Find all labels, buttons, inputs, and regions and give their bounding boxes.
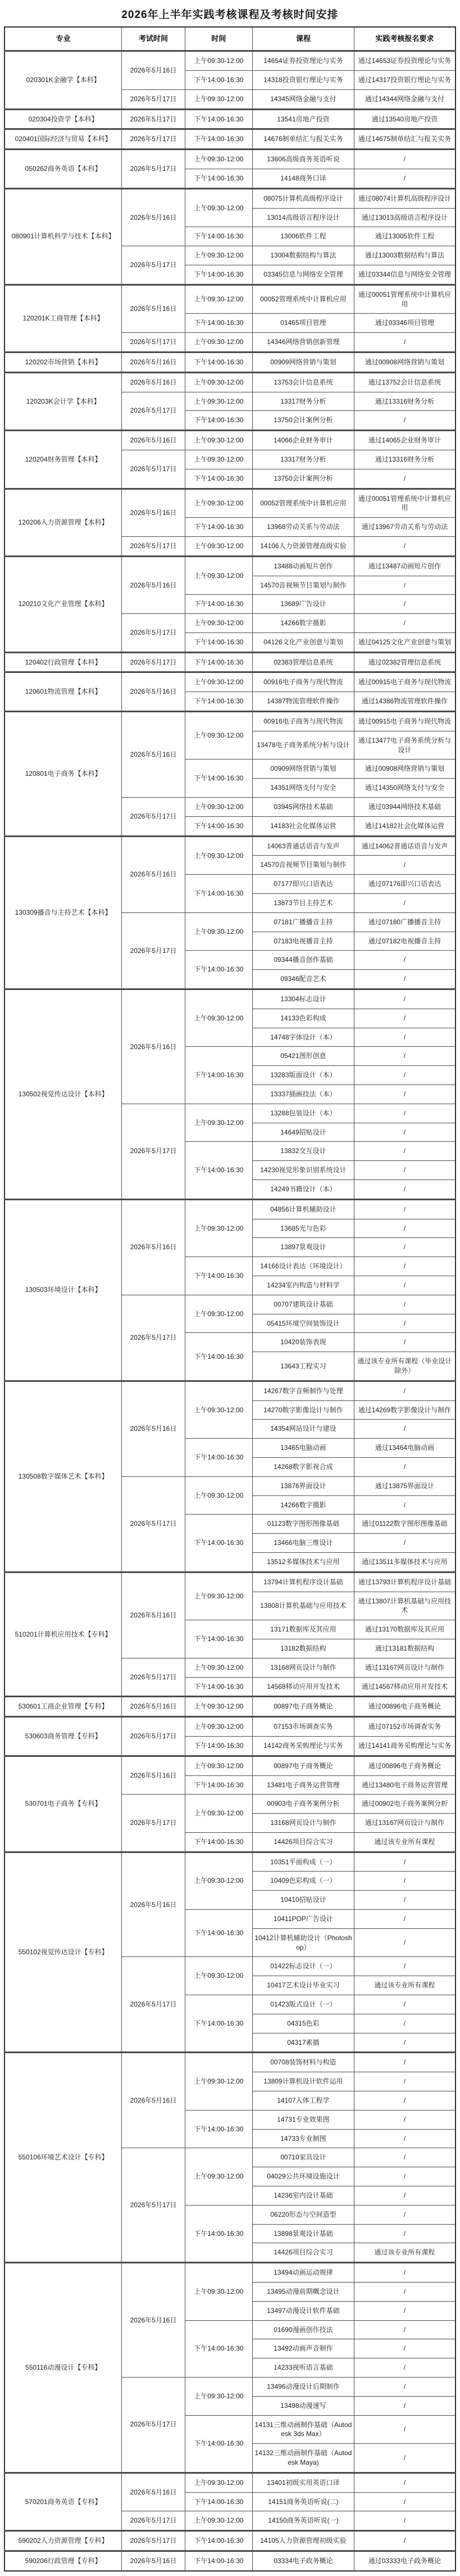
requirement-cell: 通过07180广播播音主持 xyxy=(354,912,456,932)
requirement-cell: / xyxy=(354,1891,456,1910)
exam-date-cell: 2026年5月17日 xyxy=(122,1957,185,2053)
requirement-cell: 通过13181数据结构 xyxy=(354,1639,456,1658)
time-cell: 下午14:00-16:30 xyxy=(185,1439,252,1477)
course-cell: 13809计算机设计软件运用 xyxy=(253,2072,354,2091)
requirement-cell: / xyxy=(354,2053,456,2072)
requirement-cell: 通过08074计算机高级程序设计 xyxy=(354,188,456,208)
course-cell: 13873节目主持艺术 xyxy=(253,894,354,913)
requirement-cell: 通过14182社会化媒体运营 xyxy=(354,816,456,836)
schedule-table: 专业 考试时间 时间 课程 实践考核报名要求 020301K金融学【本科】202… xyxy=(4,26,456,2572)
course-cell: 10351平面构成（一） xyxy=(253,1852,354,1872)
course-cell: 13465电脑动画 xyxy=(253,1439,354,1458)
requirement-cell: / xyxy=(354,2415,456,2444)
table-row: 130503环境设计【本科】2026年5月16日上午09:30-12:00048… xyxy=(4,1199,456,1219)
course-cell: 13898景观设计基础 xyxy=(253,2224,354,2243)
requirement-cell: 通过00896电子商务概论 xyxy=(354,1697,456,1717)
requirement-cell: / xyxy=(354,2396,456,2415)
course-cell: 10411POP广告设计 xyxy=(253,1910,354,1929)
time-cell: 下午14:00-16:30 xyxy=(185,109,252,129)
course-cell: 07177即兴口语表达 xyxy=(253,875,354,894)
requirement-cell: / xyxy=(354,469,456,489)
requirement-cell: / xyxy=(354,1957,456,1976)
requirement-cell: 通过13464电脑动画 xyxy=(354,1439,456,1458)
exam-date-cell: 2026年5月16日 xyxy=(122,372,185,392)
course-cell: 14345网络金融与支付 xyxy=(253,89,354,109)
time-cell: 下午14:00-16:30 xyxy=(185,70,252,89)
requirement-cell: / xyxy=(354,1381,456,1400)
time-cell: 上午09:30-12:00 xyxy=(185,150,252,169)
requirement-cell: 通过13316财务分析 xyxy=(354,450,456,469)
requirement-cell: / xyxy=(354,576,456,595)
exam-date-cell: 2026年5月17日 xyxy=(122,89,185,109)
time-cell: 下午14:00-16:30 xyxy=(185,2205,252,2262)
requirement-cell: 通过13003数据结构与算法 xyxy=(354,246,456,265)
table-row: 120202市场营销【本科】2026年5月16日下午14:00-16:30009… xyxy=(4,352,456,372)
requirement-cell: 通过13167网页设计与制作 xyxy=(354,1658,456,1677)
course-cell: 13488动画短片创作 xyxy=(253,556,354,576)
course-cell: 04856计算机辅助设计 xyxy=(253,1199,354,1219)
table-row: 590202人力资源管理【专科】2026年5月17日下午14:00-16:301… xyxy=(4,2531,456,2551)
requirement-cell: 通过13316财务分析 xyxy=(354,392,456,411)
major-cell: 080901计算机科学与技术【本科】 xyxy=(4,188,122,284)
major-cell: 130309播音与主持艺术【本科】 xyxy=(4,836,122,989)
time-cell: 下午14:00-16:30 xyxy=(185,1515,252,1572)
requirement-cell: / xyxy=(354,1066,456,1085)
time-cell: 下午14:00-16:30 xyxy=(185,227,252,246)
requirement-cell: / xyxy=(354,2167,456,2186)
requirement-cell: 通过13807计算机基础与应用技术 xyxy=(354,1592,456,1620)
course-cell: 14346网络营销创新管理 xyxy=(253,333,354,352)
course-cell: 03345信息与网络安全管理 xyxy=(253,265,354,284)
course-cell: 10409色彩构成（一） xyxy=(253,1872,354,1891)
requirement-cell: 通过该专业所有课程 xyxy=(354,1976,456,1995)
requirement-cell: / xyxy=(354,989,456,1009)
major-cell: 510201计算机应用技术【专科】 xyxy=(4,1572,122,1697)
course-cell: 14266数字摄影 xyxy=(253,614,354,633)
requirement-cell: / xyxy=(354,2511,456,2531)
major-cell: 020304投资学【本科】 xyxy=(4,109,122,129)
course-cell: 00916电子商务与现代物流 xyxy=(253,672,354,692)
course-cell: 14676制单结汇与报关实务 xyxy=(253,129,354,150)
course-cell: 14105人力资源管理初级实验 xyxy=(253,2531,354,2551)
course-cell: 01123数字图形图像基础 xyxy=(253,1515,354,1534)
course-cell: 04315色彩 xyxy=(253,2014,354,2033)
time-cell: 上午09:30-12:00 xyxy=(185,1381,252,1438)
course-cell: 14132三维动画制作基础（Autodesk Maya) xyxy=(253,2444,354,2473)
requirement-cell: 通过03333电子政务概论 xyxy=(354,2551,456,2570)
requirement-cell: 通过14317投资银行理论与实务 xyxy=(354,70,456,89)
requirement-cell: / xyxy=(354,2224,456,2243)
time-cell: 上午09:30-12:00 xyxy=(185,431,252,450)
requirement-cell: / xyxy=(354,2091,456,2110)
requirement-cell: 通过14350网络支付与安全 xyxy=(354,779,456,798)
table-row: 550102视觉传达设计【专科】2026年5月16日上午09:30-12:001… xyxy=(4,1852,456,1872)
course-cell: 14107人体工程学 xyxy=(253,2091,354,2110)
requirement-cell: / xyxy=(354,894,456,913)
exam-date-cell: 2026年5月17日 xyxy=(122,2511,185,2531)
exam-date-cell: 2026年5月16日 xyxy=(122,284,185,332)
requirement-cell: / xyxy=(354,2473,456,2492)
time-cell: 下午14:00-16:30 xyxy=(185,760,252,798)
requirement-cell: 通过00908网络营销与策划 xyxy=(354,352,456,372)
requirement-cell: / xyxy=(354,2444,456,2473)
course-cell: 04029公共环境设施设计 xyxy=(253,2167,354,2186)
requirement-cell: / xyxy=(354,1276,456,1295)
table-row: 130309播音与主持艺术【本科】2026年5月16日上午09:30-12:00… xyxy=(4,836,456,856)
course-cell: 13750会计案例分析 xyxy=(253,469,354,489)
requirement-cell: / xyxy=(354,1852,456,1872)
exam-date-cell: 2026年5月16日 xyxy=(122,1381,185,1476)
course-cell: 14731专业效果图 xyxy=(253,2110,354,2129)
time-cell: 上午09:30-12:00 xyxy=(185,2378,252,2416)
exam-date-cell: 2026年5月17日 xyxy=(122,1104,185,1199)
requirement-cell: / xyxy=(354,2014,456,2033)
course-cell: 00916电子商务与现代物流 xyxy=(253,712,354,731)
exam-date-cell: 2026年5月17日 xyxy=(122,1717,185,1756)
requirement-cell: / xyxy=(354,1457,456,1476)
course-cell: 14063普通话语音与发声 xyxy=(253,836,354,856)
major-cell: 130502视觉传达设计【本科】 xyxy=(4,989,122,1200)
course-cell: 13168网页设计与制作 xyxy=(253,1814,354,1833)
requirement-cell: / xyxy=(354,2263,456,2283)
requirement-cell: / xyxy=(354,2110,456,2129)
course-cell: 03945网络技术基础 xyxy=(253,798,354,817)
time-cell: 下午14:00-16:30 xyxy=(185,1333,252,1381)
course-cell: 13498动漫速写 xyxy=(253,2396,354,2415)
course-cell: 14354网站设计与建设 xyxy=(253,1420,354,1439)
exam-date-cell: 2026年5月17日 xyxy=(122,614,185,653)
time-cell: 下午14:00-16:30 xyxy=(185,1257,252,1295)
exam-date-cell: 2026年5月17日 xyxy=(122,1795,185,1852)
requirement-cell: / xyxy=(354,2320,456,2339)
course-cell: 14151商务英语听说(二) xyxy=(253,2492,354,2511)
major-cell: 570201商务英语【专科】 xyxy=(4,2473,122,2530)
time-cell: 上午09:30-12:00 xyxy=(185,1104,252,1142)
table-row: 120402行政管理【本科】2026年5月17日下午14:00-16:30023… xyxy=(4,652,456,672)
major-cell: 590202人力资源管理【专科】 xyxy=(4,2531,122,2551)
course-cell: 05415环境空间装饰设计 xyxy=(253,1314,354,1333)
requirement-cell: / xyxy=(354,150,456,169)
requirement-cell: 通过02382管理信息系统 xyxy=(354,652,456,672)
major-cell: 530701电子商务【专科】 xyxy=(4,1756,122,1852)
course-cell: 13497动漫设计软件基础 xyxy=(253,2301,354,2320)
time-cell: 下午14:00-16:30 xyxy=(185,1047,252,1104)
course-cell: 13832交互设计 xyxy=(253,1142,354,1161)
course-cell: 14267数字音频制作与处理 xyxy=(253,1381,354,1400)
page-title: 2026年上半年实践考核课程及考核时间安排 xyxy=(3,0,457,26)
requirement-cell: / xyxy=(354,1295,456,1314)
time-cell: 下午14:00-16:30 xyxy=(185,652,252,672)
requirement-cell: 通过14653证券投资理论与实务 xyxy=(354,51,456,71)
major-cell: 120601物流管理【本科】 xyxy=(4,672,122,712)
course-cell: 13283版面设计（本） xyxy=(253,1066,354,1085)
time-cell: 下午14:00-16:30 xyxy=(185,2492,252,2511)
course-cell: 13643工程实习 xyxy=(253,1352,354,1381)
major-cell: 120204财务管理【本科】 xyxy=(4,431,122,489)
course-cell: 14570音视频节目策划与制作 xyxy=(253,856,354,875)
major-cell: 020401国际经济与贸易【本科】 xyxy=(4,129,122,150)
course-cell: 00897电子商务概论 xyxy=(253,1697,354,1717)
time-cell: 上午09:30-12:00 xyxy=(185,450,252,469)
course-cell: 14649招贴设计 xyxy=(253,1123,354,1142)
requirement-cell: / xyxy=(354,1180,456,1200)
page: 2026年上半年实践考核课程及考核时间安排 专业 考试时间 时间 课程 实践考核… xyxy=(0,0,460,2572)
course-cell: 13897景观设计 xyxy=(253,1238,354,1257)
requirement-cell: 通过14567移动应用开发技术 xyxy=(354,1677,456,1697)
exam-date-cell: 2026年5月17日 xyxy=(122,392,185,431)
course-cell: 02383管理信息系统 xyxy=(253,652,354,672)
course-cell: 14733专业制图 xyxy=(253,2129,354,2148)
requirement-cell: / xyxy=(354,1142,456,1161)
requirement-cell: / xyxy=(354,536,456,556)
time-cell: 下午14:00-16:30 xyxy=(185,1677,252,1697)
major-cell: 120202市场营销【本科】 xyxy=(4,352,122,372)
course-cell: 00052管理系统中计算机应用 xyxy=(253,489,354,518)
course-cell: 14426项目综合实习 xyxy=(253,2243,354,2263)
course-cell: 05421图形创意 xyxy=(253,1047,354,1066)
course-cell: 14249书籍设计（本） xyxy=(253,1180,354,1200)
requirement-cell: / xyxy=(354,1534,456,1553)
table-row: 130502视觉传达设计【本科】2026年5月16日上午09:30-12:001… xyxy=(4,989,456,1009)
requirement-cell: / xyxy=(354,2358,456,2378)
requirement-cell: 通过13477电子商务系统分析与设计 xyxy=(354,731,456,760)
major-cell: 120203K会计学【本科】 xyxy=(4,372,122,430)
course-cell: 13753会计信息系统 xyxy=(253,372,354,392)
requirement-cell: / xyxy=(354,169,456,188)
course-cell: 00708装饰材料与构造 xyxy=(253,2053,354,2072)
time-cell: 上午09:30-12:00 xyxy=(185,536,252,556)
course-cell: 00909网络营销与策划 xyxy=(253,760,354,779)
table-row: 020304投资学【本科】2026年5月17日下午14:00-16:301354… xyxy=(4,109,456,129)
requirement-cell: / xyxy=(354,1257,456,1276)
course-cell: 14066企业财务审计 xyxy=(253,431,354,450)
course-cell: 13171数据库及其应用 xyxy=(253,1620,354,1639)
course-cell: 08075计算机高级程序设计 xyxy=(253,188,354,208)
time-cell: 下午14:00-16:30 xyxy=(185,1910,252,1957)
course-cell: 14233视听语言基础 xyxy=(253,2358,354,2378)
course-cell: 13401初级实用英语口译 xyxy=(253,2473,354,2492)
time-cell: 上午09:30-12:00 xyxy=(185,1852,252,1909)
course-cell: 14133色彩构成 xyxy=(253,1009,354,1028)
course-cell: 14236室内设计基础 xyxy=(253,2186,354,2206)
requirement-cell: / xyxy=(354,970,456,989)
header-major: 专业 xyxy=(4,27,122,51)
time-cell: 上午09:30-12:00 xyxy=(185,989,252,1047)
time-cell: 下午14:00-16:30 xyxy=(185,129,252,150)
course-cell: 09346配音艺术 xyxy=(253,970,354,989)
major-cell: 130508数字媒体艺术【本科】 xyxy=(4,1381,122,1572)
requirement-cell: / xyxy=(354,1047,456,1066)
time-cell: 上午09:30-12:00 xyxy=(185,712,252,760)
table-row: 550116动漫设计【专科】2026年5月16日上午09:30-12:00134… xyxy=(4,2263,456,2283)
course-cell: 13014高级语言程序设计 xyxy=(253,208,354,227)
table-row: 120206人力资源管理【本科】2026年5月16日上午09:30-12:000… xyxy=(4,489,456,518)
exam-date-cell: 2026年5月16日 xyxy=(122,431,185,450)
time-cell: 上午09:30-12:00 xyxy=(185,2511,252,2531)
table-row: 590206行政管理【专科】2026年5月16日下午14:00-16:30033… xyxy=(4,2551,456,2570)
requirement-cell: 通过13167网页设计与制作 xyxy=(354,1814,456,1833)
requirement-cell: 通过00915电子商务与现代物流 xyxy=(354,672,456,692)
course-cell: 14131三维动画制作基础（Autodesk 3ds Max） xyxy=(253,2415,354,2444)
table-row: 120801电子商务【本科】2026年5月16日上午09:30-12:00009… xyxy=(4,712,456,731)
time-cell: 上午09:30-12:00 xyxy=(185,1957,252,1995)
course-cell: 13466电脑三维设计 xyxy=(253,1534,354,1553)
course-cell: 06220形态与空间造型 xyxy=(253,2205,354,2224)
requirement-cell: 通过13005软件工程 xyxy=(354,227,456,246)
time-cell: 下午14:00-16:30 xyxy=(185,2531,252,2551)
requirement-cell: / xyxy=(354,1104,456,1123)
course-cell: 13182数据结构 xyxy=(253,1639,354,1658)
requirement-cell: 通过13752会计信息系统 xyxy=(354,372,456,392)
time-cell: 上午09:30-12:00 xyxy=(185,1295,252,1333)
header-exam-date: 考试时间 xyxy=(122,27,185,51)
requirement-cell: / xyxy=(354,1995,456,2014)
time-cell: 下午14:00-16:30 xyxy=(185,2320,252,2377)
time-cell: 下午14:00-16:30 xyxy=(185,469,252,489)
requirement-cell: 通过13480电子商务运营管理 xyxy=(354,1775,456,1795)
course-cell: 13288包装设计（本） xyxy=(253,1104,354,1123)
major-cell: 130503环境设计【本科】 xyxy=(4,1199,122,1381)
time-cell: 下午14:00-16:30 xyxy=(185,595,252,614)
requirement-cell: 通过03346项目管理 xyxy=(354,314,456,333)
requirement-cell: 通过14065企业财务审计 xyxy=(354,431,456,450)
course-cell: 13006软件工程 xyxy=(253,227,354,246)
time-cell: 下午14:00-16:30 xyxy=(185,352,252,372)
course-cell: 00897电子商务概论 xyxy=(253,1756,354,1775)
exam-date-cell: 2026年5月16日 xyxy=(122,2053,185,2148)
course-cell: 13317财务分析 xyxy=(253,450,354,469)
course-cell: 10417艺术设计毕业实习 xyxy=(253,1976,354,1995)
major-cell: 120801电子商务【本科】 xyxy=(4,712,122,837)
requirement-cell: / xyxy=(354,1238,456,1257)
course-cell: 13685光与色彩 xyxy=(253,1219,354,1238)
exam-date-cell: 2026年5月16日 xyxy=(122,1852,185,1957)
course-cell: 13495动漫前期概念设计 xyxy=(253,2283,354,2302)
time-cell: 上午09:30-12:00 xyxy=(185,1476,252,1515)
course-cell: 00903电子商务案例分析 xyxy=(253,1795,354,1814)
exam-date-cell: 2026年5月16日 xyxy=(122,712,185,798)
time-cell: 上午09:30-12:00 xyxy=(185,798,252,817)
requirement-cell: 通过14344网络金融与支付 xyxy=(354,89,456,109)
exam-date-cell: 2026年5月17日 xyxy=(122,536,185,556)
course-cell: 04317素描 xyxy=(253,2033,354,2053)
exam-date-cell: 2026年5月16日 xyxy=(122,2551,185,2570)
time-cell: 下午14:00-16:30 xyxy=(185,518,252,537)
requirement-cell: / xyxy=(354,951,456,970)
time-cell: 上午09:30-12:00 xyxy=(185,1795,252,1833)
requirement-cell: 通过13793计算机程序设计基础 xyxy=(354,1572,456,1592)
table-row: 050262商务英语【本科】2026年5月17日上午09:30-12:00136… xyxy=(4,150,456,169)
course-cell: 00052管理系统中计算机应用 xyxy=(253,284,354,314)
major-cell: 120206人力资源管理【本科】 xyxy=(4,489,122,556)
table-row: 570201商务英语【专科】2026年5月16日上午09:30-12:00134… xyxy=(4,2473,456,2492)
time-cell: 上午09:30-12:00 xyxy=(185,1572,252,1620)
course-cell: 13541房地产投资 xyxy=(253,109,354,129)
requirement-cell: / xyxy=(354,1928,456,1957)
requirement-cell: / xyxy=(354,2339,456,2358)
time-cell: 下午14:00-16:30 xyxy=(185,265,252,284)
course-cell: 10410招贴设计 xyxy=(253,1891,354,1910)
requirement-cell: 通过00902电子商务案例分析 xyxy=(354,1795,456,1814)
course-cell: 00909网络营销与策划 xyxy=(253,352,354,372)
time-cell: 上午09:30-12:00 xyxy=(185,836,252,875)
time-cell: 下午14:00-16:30 xyxy=(185,314,252,333)
requirement-cell: / xyxy=(354,2531,456,2551)
requirement-cell: 通过00915电子商务与现代物流 xyxy=(354,712,456,731)
requirement-cell: / xyxy=(354,1028,456,1047)
requirement-cell: / xyxy=(354,1333,456,1352)
course-cell: 14568移动应用开发技术 xyxy=(253,1677,354,1697)
course-cell: 14270数字影像设计与制作 xyxy=(253,1400,354,1420)
course-cell: 07153市场调查实务 xyxy=(253,1717,354,1737)
requirement-cell: / xyxy=(354,614,456,633)
requirement-cell: 通过14386物流管理软件操作 xyxy=(354,692,456,712)
table-row: 020301K金融学【本科】2026年5月16日上午09:30-12:00146… xyxy=(4,51,456,71)
requirement-cell: 通过07176即兴口语表达 xyxy=(354,875,456,894)
requirement-cell: 通过00051管理系统中计算机应用 xyxy=(354,489,456,518)
requirement-cell: 通过13487动画短片创作 xyxy=(354,556,456,576)
header-time: 时间 xyxy=(185,27,252,51)
exam-date-cell: 2026年5月17日 xyxy=(122,1476,185,1572)
requirement-cell: / xyxy=(354,2072,456,2091)
course-cell: 14748字体设计（本） xyxy=(253,1028,354,1047)
major-cell: 120210文化产业管理【本科】 xyxy=(4,556,122,652)
time-cell: 上午09:30-12:00 xyxy=(185,392,252,411)
requirement-cell: 通过13013高级语言程序设计 xyxy=(354,208,456,227)
table-row: 510201计算机应用技术【专科】2026年5月16日上午09:30-12:00… xyxy=(4,1572,456,1592)
exam-date-cell: 2026年5月16日 xyxy=(122,51,185,90)
course-cell: 14318投资银行理论与实务 xyxy=(253,70,354,89)
exam-date-cell: 2026年5月16日 xyxy=(122,989,185,1104)
time-cell: 下午14:00-16:30 xyxy=(185,1995,252,2053)
time-cell: 上午09:30-12:00 xyxy=(185,672,252,692)
header-row: 专业 考试时间 时间 课程 实践考核报名要求 xyxy=(4,27,456,51)
course-cell: 13512多媒体技术与应用 xyxy=(253,1552,354,1572)
course-cell: 03334电子政务概论 xyxy=(253,2551,354,2570)
requirement-cell: 通过13967劳动关系与劳动法 xyxy=(354,518,456,537)
course-cell: 01422标志设计（一） xyxy=(253,1957,354,1976)
time-cell: 下午14:00-16:30 xyxy=(185,1775,252,1795)
requirement-cell: 通过13875界面设计 xyxy=(354,1476,456,1495)
major-cell: 020301K金融学【本科】 xyxy=(4,51,122,109)
course-cell: 14230视觉形象识别系统设计 xyxy=(253,1161,354,1180)
exam-date-cell: 2026年5月17日 xyxy=(122,129,185,150)
course-cell: 07183电视播音主持 xyxy=(253,932,354,951)
table-row: 120210文化产业管理【本科】2026年5月16日上午09:30-12:001… xyxy=(4,556,456,576)
requirement-cell: / xyxy=(354,1219,456,1238)
requirement-cell: 通过04125文化产业创意与策划 xyxy=(354,632,456,652)
time-cell: 下午14:00-16:30 xyxy=(185,2551,252,2570)
requirement-cell: / xyxy=(354,1009,456,1028)
table-row: 080901计算机科学与技术【本科】2026年5月16日上午09:30-12:0… xyxy=(4,188,456,208)
requirement-cell: / xyxy=(354,333,456,352)
requirement-cell: / xyxy=(354,1199,456,1219)
course-cell: 13876界面设计 xyxy=(253,1476,354,1495)
course-cell: 10420装饰表现 xyxy=(253,1333,354,1352)
exam-date-cell: 2026年5月17日 xyxy=(122,333,185,352)
course-cell: 14150商务英语听说(一) xyxy=(253,2511,354,2531)
time-cell: 下午14:00-16:30 xyxy=(185,2415,252,2473)
course-cell: 13317财务分析 xyxy=(253,392,354,411)
table-row: 120203K会计学【本科】2026年5月16日上午09:30-12:00137… xyxy=(4,372,456,392)
exam-date-cell: 2026年5月17日 xyxy=(122,2531,185,2551)
requirement-cell: / xyxy=(354,2148,456,2167)
course-cell: 04126文化产业创意与策划 xyxy=(253,632,354,652)
table-row: 120201K工商管理【本科】2026年5月16日上午09:30-12:0000… xyxy=(4,284,456,314)
exam-date-cell: 2026年5月16日 xyxy=(122,188,185,246)
header-requirement: 实践考核报名要求 xyxy=(354,27,456,51)
course-cell: 14426项目综合实习 xyxy=(253,1832,354,1852)
